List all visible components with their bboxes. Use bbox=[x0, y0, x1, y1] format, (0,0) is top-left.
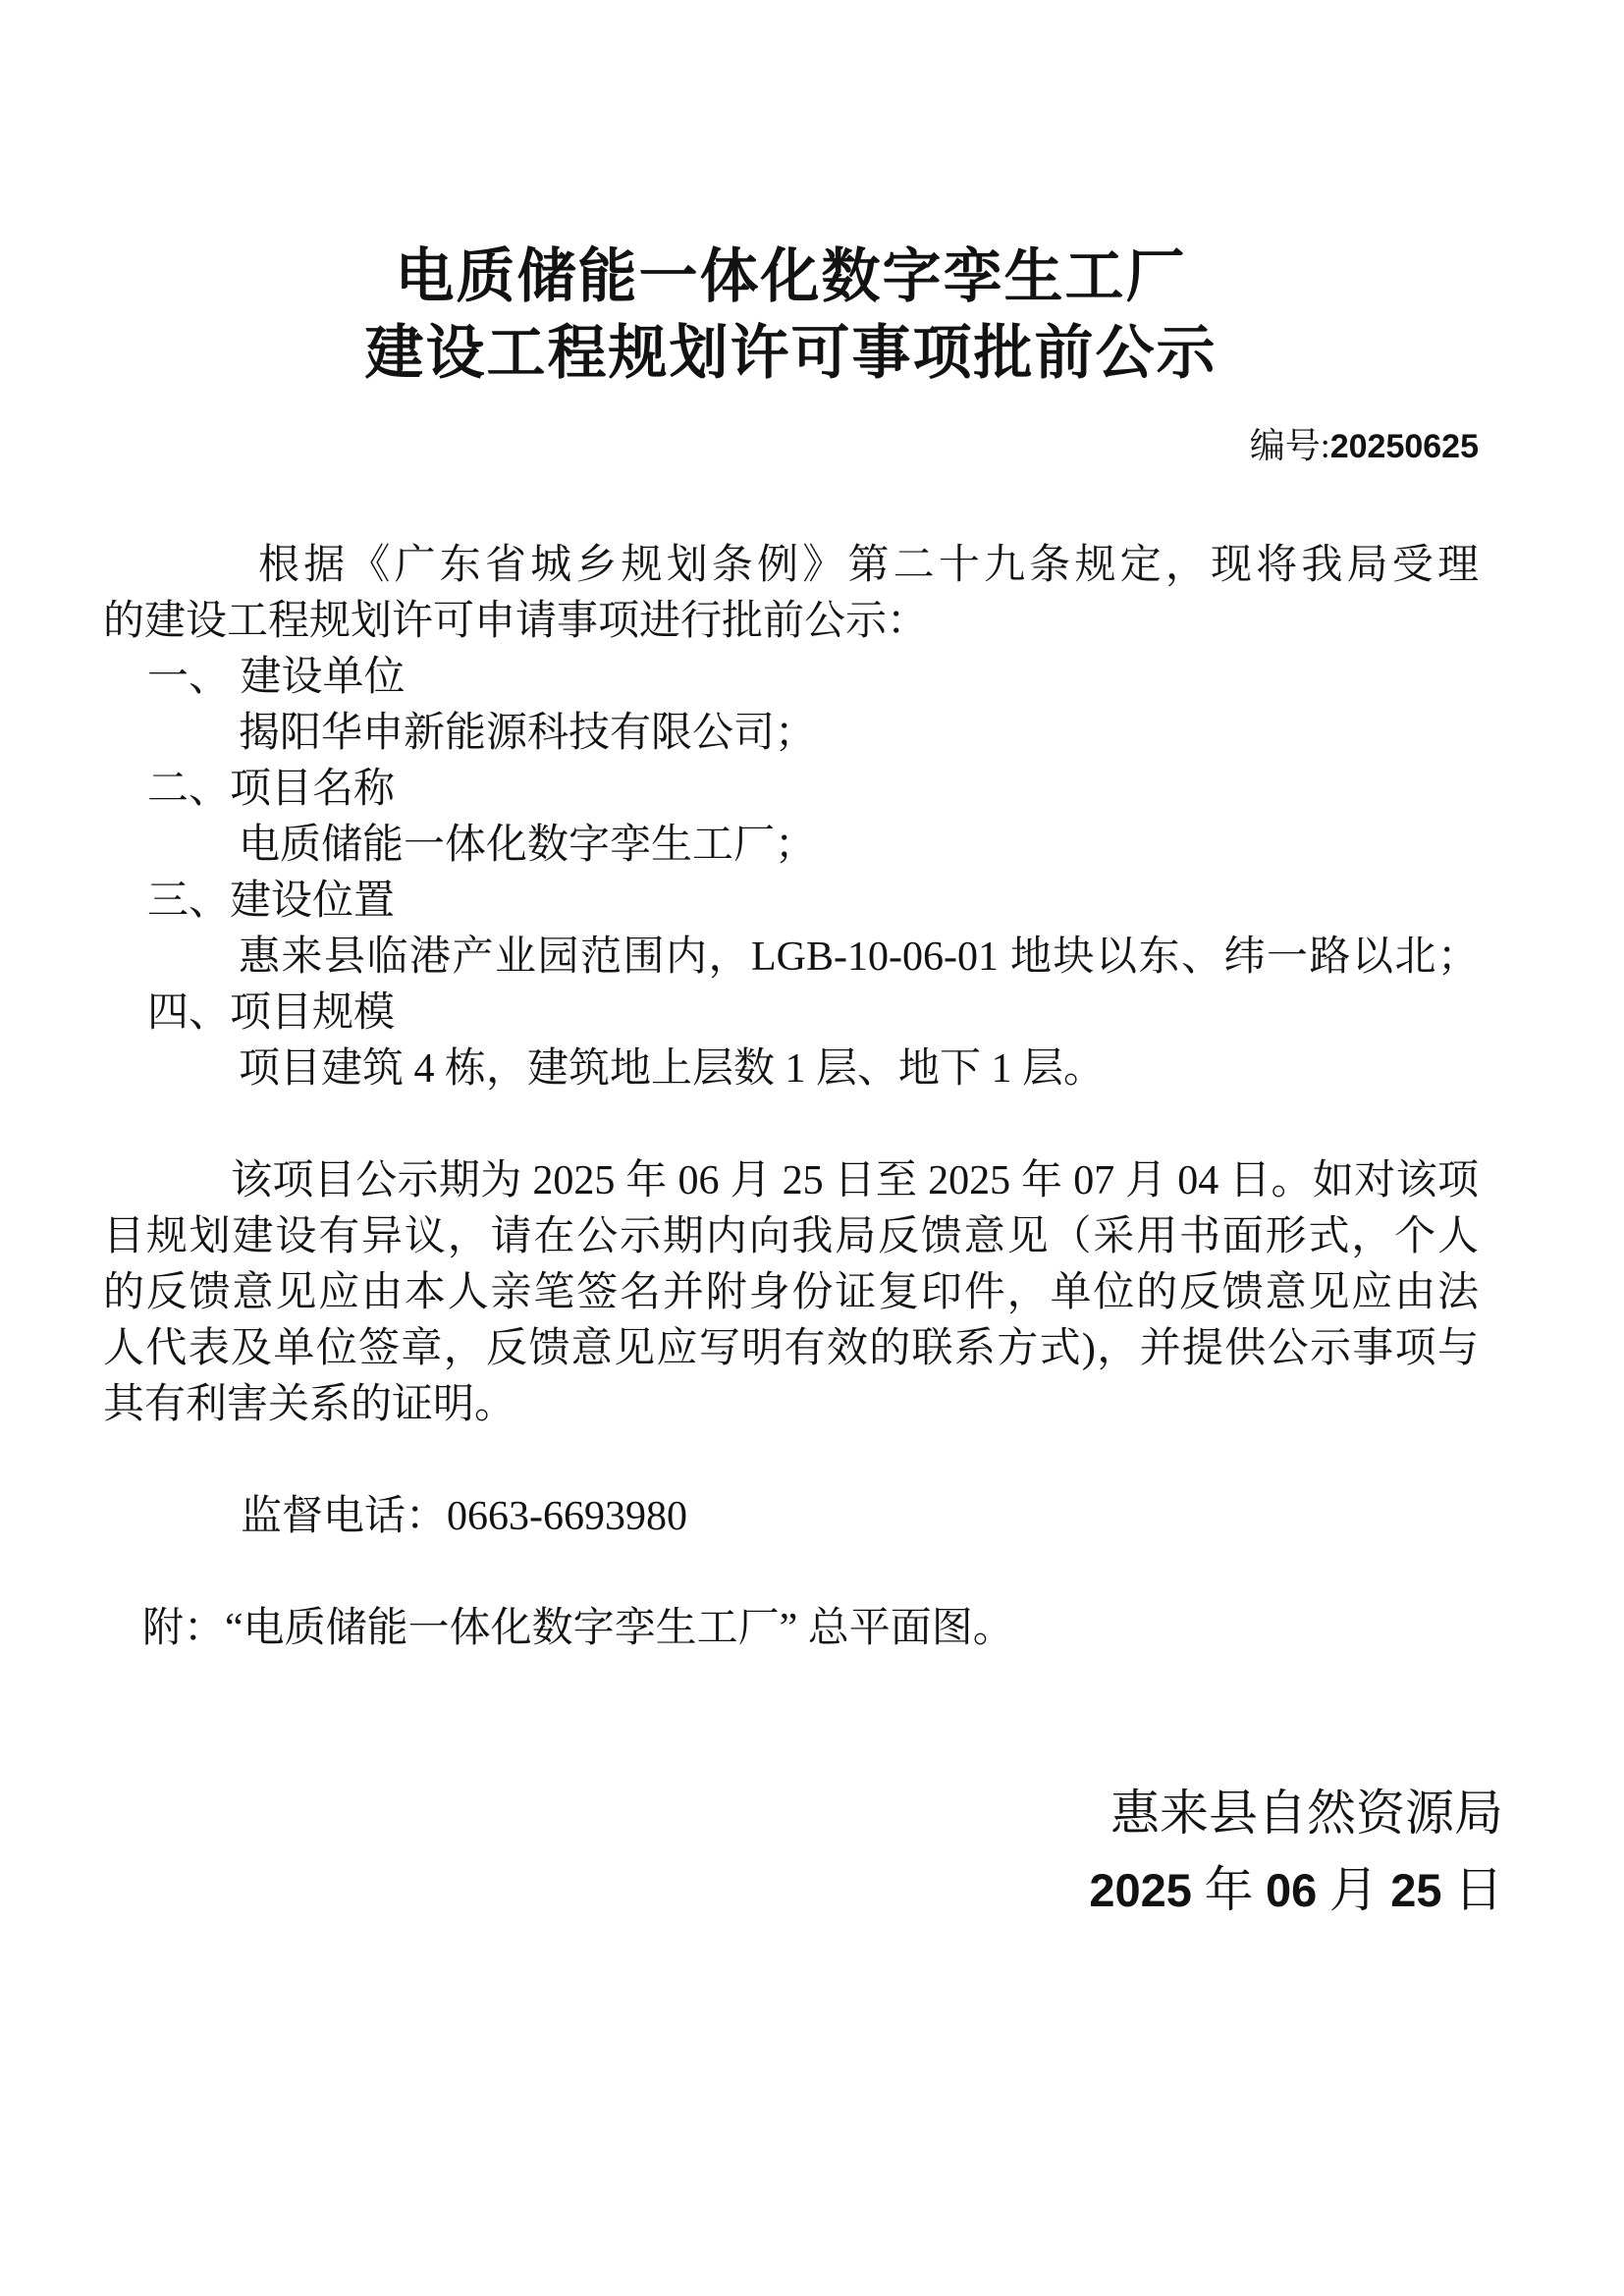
document-content: 电质储能一体化数字孪生工厂 建设工程规划许可事项批前公示 编号:20250625… bbox=[0, 0, 1624, 1929]
signature-block: 惠来县自然资源局 2025 年 06 月 25 日 bbox=[103, 1775, 1503, 1929]
notice-line-2: 目规划建设有异议，请在公示期内向我局反馈意见（采用书面形式，个人 bbox=[103, 1209, 1479, 1265]
item-4-header: 四、项目规模 bbox=[103, 986, 1479, 1041]
page-title-line-1: 电质储能一体化数字孪生工厂 bbox=[103, 239, 1479, 315]
spacer bbox=[103, 1097, 1479, 1153]
body-block: 根据《广东省城乡规划条例》第二十九条规定，现将我局受理 的建设工程规划许可申请事… bbox=[103, 538, 1479, 1657]
doc-number-value: 20250625 bbox=[1330, 428, 1479, 465]
item-3-header: 三、建设位置 bbox=[103, 874, 1479, 930]
intro-line-2: 的建设工程规划许可申请事项进行批前公示： bbox=[103, 594, 1479, 650]
page-title-line-2: 建设工程规划许可事项批前公示 bbox=[103, 315, 1479, 392]
signature-date-day-label: 日 bbox=[1442, 1862, 1504, 1917]
notice-line-5: 其有利害关系的证明。 bbox=[103, 1377, 1479, 1433]
item-1-header: 一、 建设单位 bbox=[103, 650, 1479, 706]
signature-date-month-label: 月 bbox=[1317, 1862, 1390, 1917]
attachment-line: 附：“电质储能一体化数字孪生工厂” 总平面图。 bbox=[103, 1601, 1479, 1657]
item-1-content: 揭阳华申新能源科技有限公司； bbox=[103, 706, 1479, 762]
notice-line-1: 该项目公示期为 2025 年 06 月 25 日至 2025 年 07 月 04… bbox=[103, 1153, 1479, 1209]
doc-number-line: 编号:20250625 bbox=[103, 423, 1479, 469]
spacer bbox=[103, 1433, 1479, 1489]
signature-date-year-label: 年 bbox=[1192, 1862, 1266, 1917]
item-2-header: 二、项目名称 bbox=[103, 762, 1479, 818]
title-block: 电质储能一体化数字孪生工厂 建设工程规划许可事项批前公示 bbox=[103, 0, 1479, 392]
notice-line-4: 人代表及单位签章，反馈意见应写明有效的联系方式)，并提供公示事项与 bbox=[103, 1321, 1479, 1377]
item-3-content: 惠来县临港产业园范围内，LGB-10-06-01 地块以东、纬一路以北； bbox=[103, 930, 1479, 986]
supervision-phone-line: 监督电话：0663-6693980 bbox=[103, 1489, 1479, 1545]
notice-line-3: 的反馈意见应由本人亲笔签名并附身份证复印件，单位的反馈意见应由法 bbox=[103, 1265, 1479, 1321]
document-page: 电质储能一体化数字孪生工厂 建设工程规划许可事项批前公示 编号:20250625… bbox=[0, 0, 1624, 2296]
spacer bbox=[103, 1545, 1479, 1601]
signature-date: 2025 年 06 月 25 日 bbox=[103, 1851, 1503, 1929]
item-2-content: 电质储能一体化数字孪生工厂； bbox=[103, 818, 1479, 874]
intro-line-1: 根据《广东省城乡规划条例》第二十九条规定，现将我局受理 bbox=[103, 538, 1479, 594]
item-4-content: 项目建筑 4 栋，建筑地上层数 1 层、地下 1 层。 bbox=[103, 1041, 1479, 1097]
signature-date-day: 25 bbox=[1390, 1864, 1441, 1916]
doc-number-label: 编号: bbox=[1250, 426, 1330, 465]
signature-agency: 惠来县自然资源局 bbox=[103, 1775, 1503, 1851]
signature-date-month: 06 bbox=[1266, 1864, 1317, 1916]
signature-date-year: 2025 bbox=[1089, 1864, 1192, 1916]
